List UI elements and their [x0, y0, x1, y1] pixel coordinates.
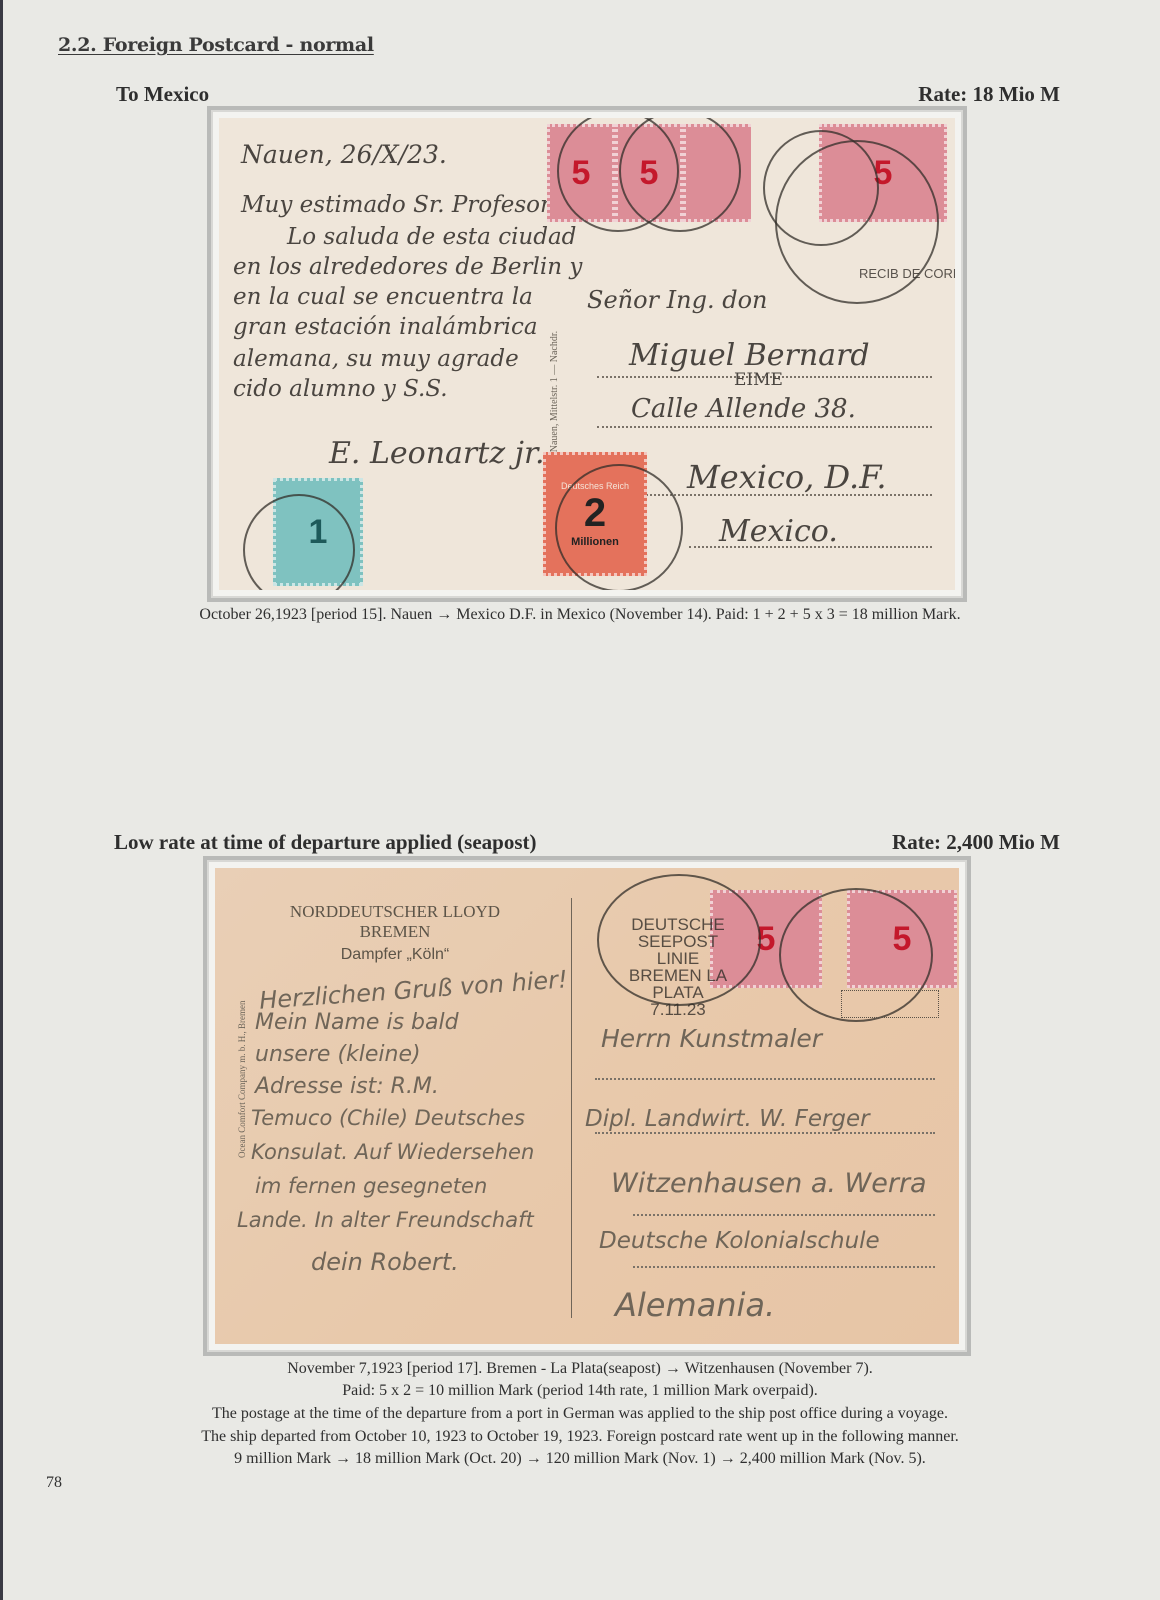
message-line: Adresse ist: R.M.: [255, 1074, 439, 1099]
postmark-text: RECIB DE CORREOS: [859, 266, 955, 281]
postcard-mount-1: Nauen, 26/X/23. Muy estimado Sr. Profeso…: [207, 106, 967, 602]
printed-header: NORDDEUTSCHER LLOYD: [215, 902, 575, 922]
message-line: Muy estimado Sr. Profesor:: [241, 192, 559, 218]
address-line: Herrn Kunstmaler: [601, 1024, 822, 1053]
address-line: Mexico, D.F.: [687, 458, 887, 496]
address-dotted-line: [639, 494, 932, 496]
postcard-1: Nauen, 26/X/23. Muy estimado Sr. Profeso…: [219, 118, 955, 590]
message-line: gran estación inalámbrica: [233, 314, 538, 340]
signature: dein Robert.: [311, 1248, 459, 1276]
address-dotted-line: [633, 1214, 935, 1216]
item1-caption: October 26,1923 [period 15]. Nauen → Mex…: [0, 604, 1160, 626]
message-line: im fernen gesegneten: [255, 1174, 487, 1198]
item1-rate: Rate: 18 Mio M: [918, 82, 1060, 107]
postcard-mount-2: NORDDEUTSCHER LLOYD BREMEN Dampfer „Köln…: [203, 856, 971, 1356]
address-line: Calle Allende 38.: [631, 394, 856, 424]
message-line: Temuco (Chile) Deutsches: [251, 1106, 525, 1130]
postmark-nauen: [555, 464, 683, 590]
address-line: Señor Ing. don: [587, 286, 767, 314]
address-dotted-line: [597, 426, 932, 428]
item2-caption-line: Paid: 5 x 2 = 10 million Mark (period 14…: [0, 1380, 1160, 1402]
address-dotted-line: [595, 1132, 935, 1134]
message-line: alemana, su muy agrade: [233, 346, 519, 372]
address-line: Deutsche Kolonialschule: [599, 1228, 880, 1254]
item2-caption-line: The ship departed from October 10, 1923 …: [0, 1426, 1160, 1448]
address-line: EIME: [734, 370, 783, 390]
postcard-2: NORDDEUTSCHER LLOYD BREMEN Dampfer „Köln…: [215, 868, 959, 1344]
message-line: Lande. In alter Freundschaft: [237, 1208, 534, 1232]
message-line: en la cual se encuentra la: [233, 284, 533, 310]
message-line: unsere (kleine): [255, 1042, 421, 1067]
section-title: 2.2. Foreign Postcard - normal: [58, 34, 374, 56]
message-line: en los alrededores de Berlin y: [233, 254, 582, 280]
signature: E. Leonartz jr.: [329, 436, 545, 471]
message-line: Nauen, 26/X/23.: [241, 140, 447, 169]
message-line: Lo saluda de esta ciudad: [287, 224, 576, 250]
item1-title: To Mexico: [116, 82, 209, 107]
postmark-box: [841, 990, 939, 1018]
page-number: 78: [46, 1474, 62, 1492]
postmark-text: DEUTSCHE SEEPOST LINIE BREMEN LA PLATA 7…: [623, 916, 733, 1018]
address-line: Witzenhausen a. Werra: [611, 1168, 927, 1199]
item2-caption-line: The postage at the time of the departure…: [0, 1403, 1160, 1425]
message-line: Mein Name is bald: [255, 1010, 459, 1035]
address-dotted-line: [595, 1078, 935, 1080]
address-dotted-line: [689, 546, 932, 548]
printed-header: Dampfer „Köln“: [215, 946, 575, 964]
item2-caption-line: November 7,1923 [period 17]. Bremen - La…: [0, 1358, 1160, 1380]
card-divider: [571, 898, 572, 1318]
item2-rate: Rate: 2,400 Mio M: [892, 830, 1060, 855]
message-line: cido alumno y S.S.: [233, 376, 448, 402]
item2-caption-line: 9 million Mark → 18 million Mark (Oct. 2…: [0, 1448, 1160, 1470]
address-line: Alemania.: [615, 1286, 775, 1324]
item2-title: Low rate at time of departure applied (s…: [114, 830, 536, 855]
address-dotted-line: [633, 1266, 935, 1268]
message-line: Herzlichen Gruß von hier!: [258, 965, 568, 1014]
side-imprint: Ocean Comfort Company m. b. H., Bremen: [237, 1001, 247, 1158]
address-line: Dipl. Landwirt. W. Ferger: [585, 1106, 870, 1132]
address-line: Mexico.: [719, 514, 838, 549]
printed-header: BREMEN: [215, 922, 575, 942]
message-line: Konsulat. Auf Wiedersehen: [251, 1140, 534, 1164]
address-line: Miguel Bernard: [629, 338, 870, 373]
